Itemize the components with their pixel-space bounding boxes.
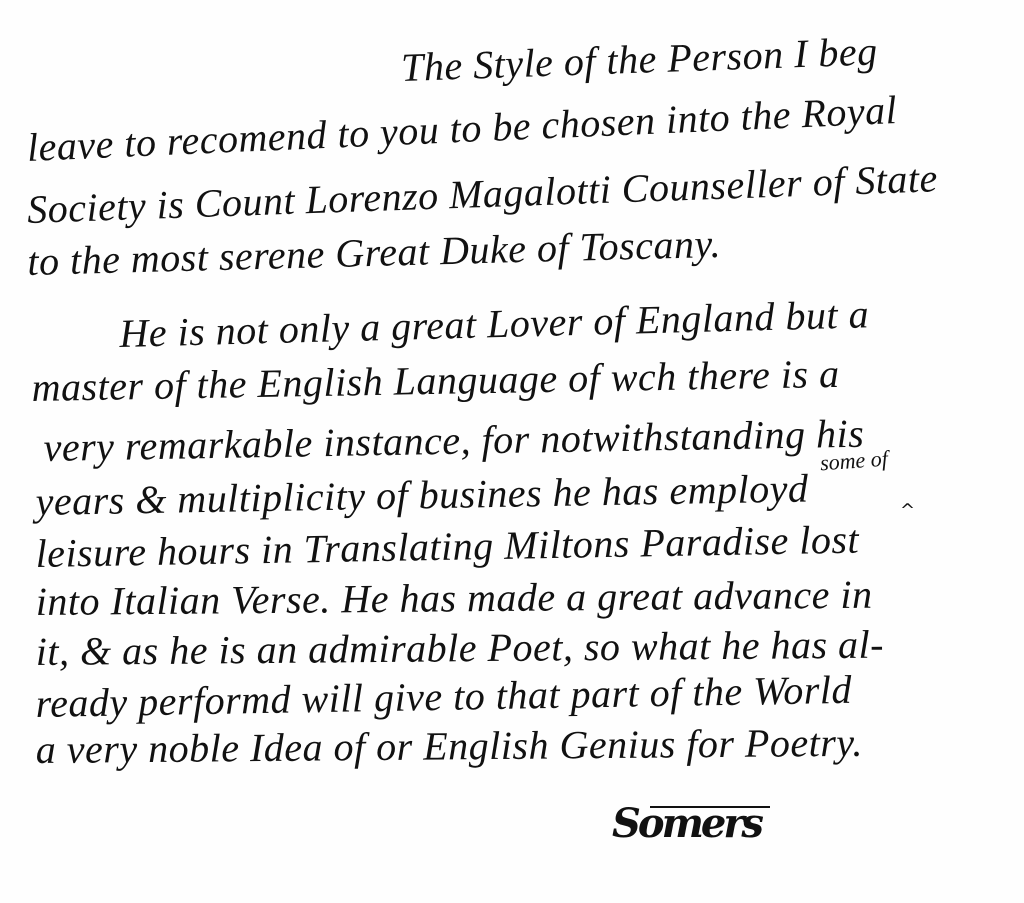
text-line: to the most serene Great Duke of Toscany… (27, 220, 722, 285)
text-line: leisure hours in Translating Miltons Par… (35, 516, 859, 577)
text-line: ready performd will give to that part of… (35, 666, 852, 727)
text-line: very remarkable instance, for notwithsta… (43, 410, 864, 471)
text-line: into Italian Verse. He has made a great … (36, 571, 873, 625)
signature-flourish (650, 806, 770, 808)
text-line: Society is Count Lorenzo Magalotti Couns… (26, 154, 938, 233)
text-line: years & multiplicity of busines he has e… (35, 465, 809, 525)
text-line: leave to recomend to you to be chosen in… (26, 86, 898, 171)
insertion-caret-icon: ^ (900, 500, 915, 521)
text-line: a very noble Idea of or English Genius f… (36, 719, 863, 773)
text-line: He is not only a great Lover of England … (119, 290, 870, 357)
text-line: master of the English Language of wch th… (31, 350, 840, 411)
interlinear-insertion: some of (819, 446, 888, 477)
text-line: The Style of the Person I beg (400, 27, 878, 91)
manuscript-page: The Style of the Person I beg leave to r… (0, 0, 1024, 903)
